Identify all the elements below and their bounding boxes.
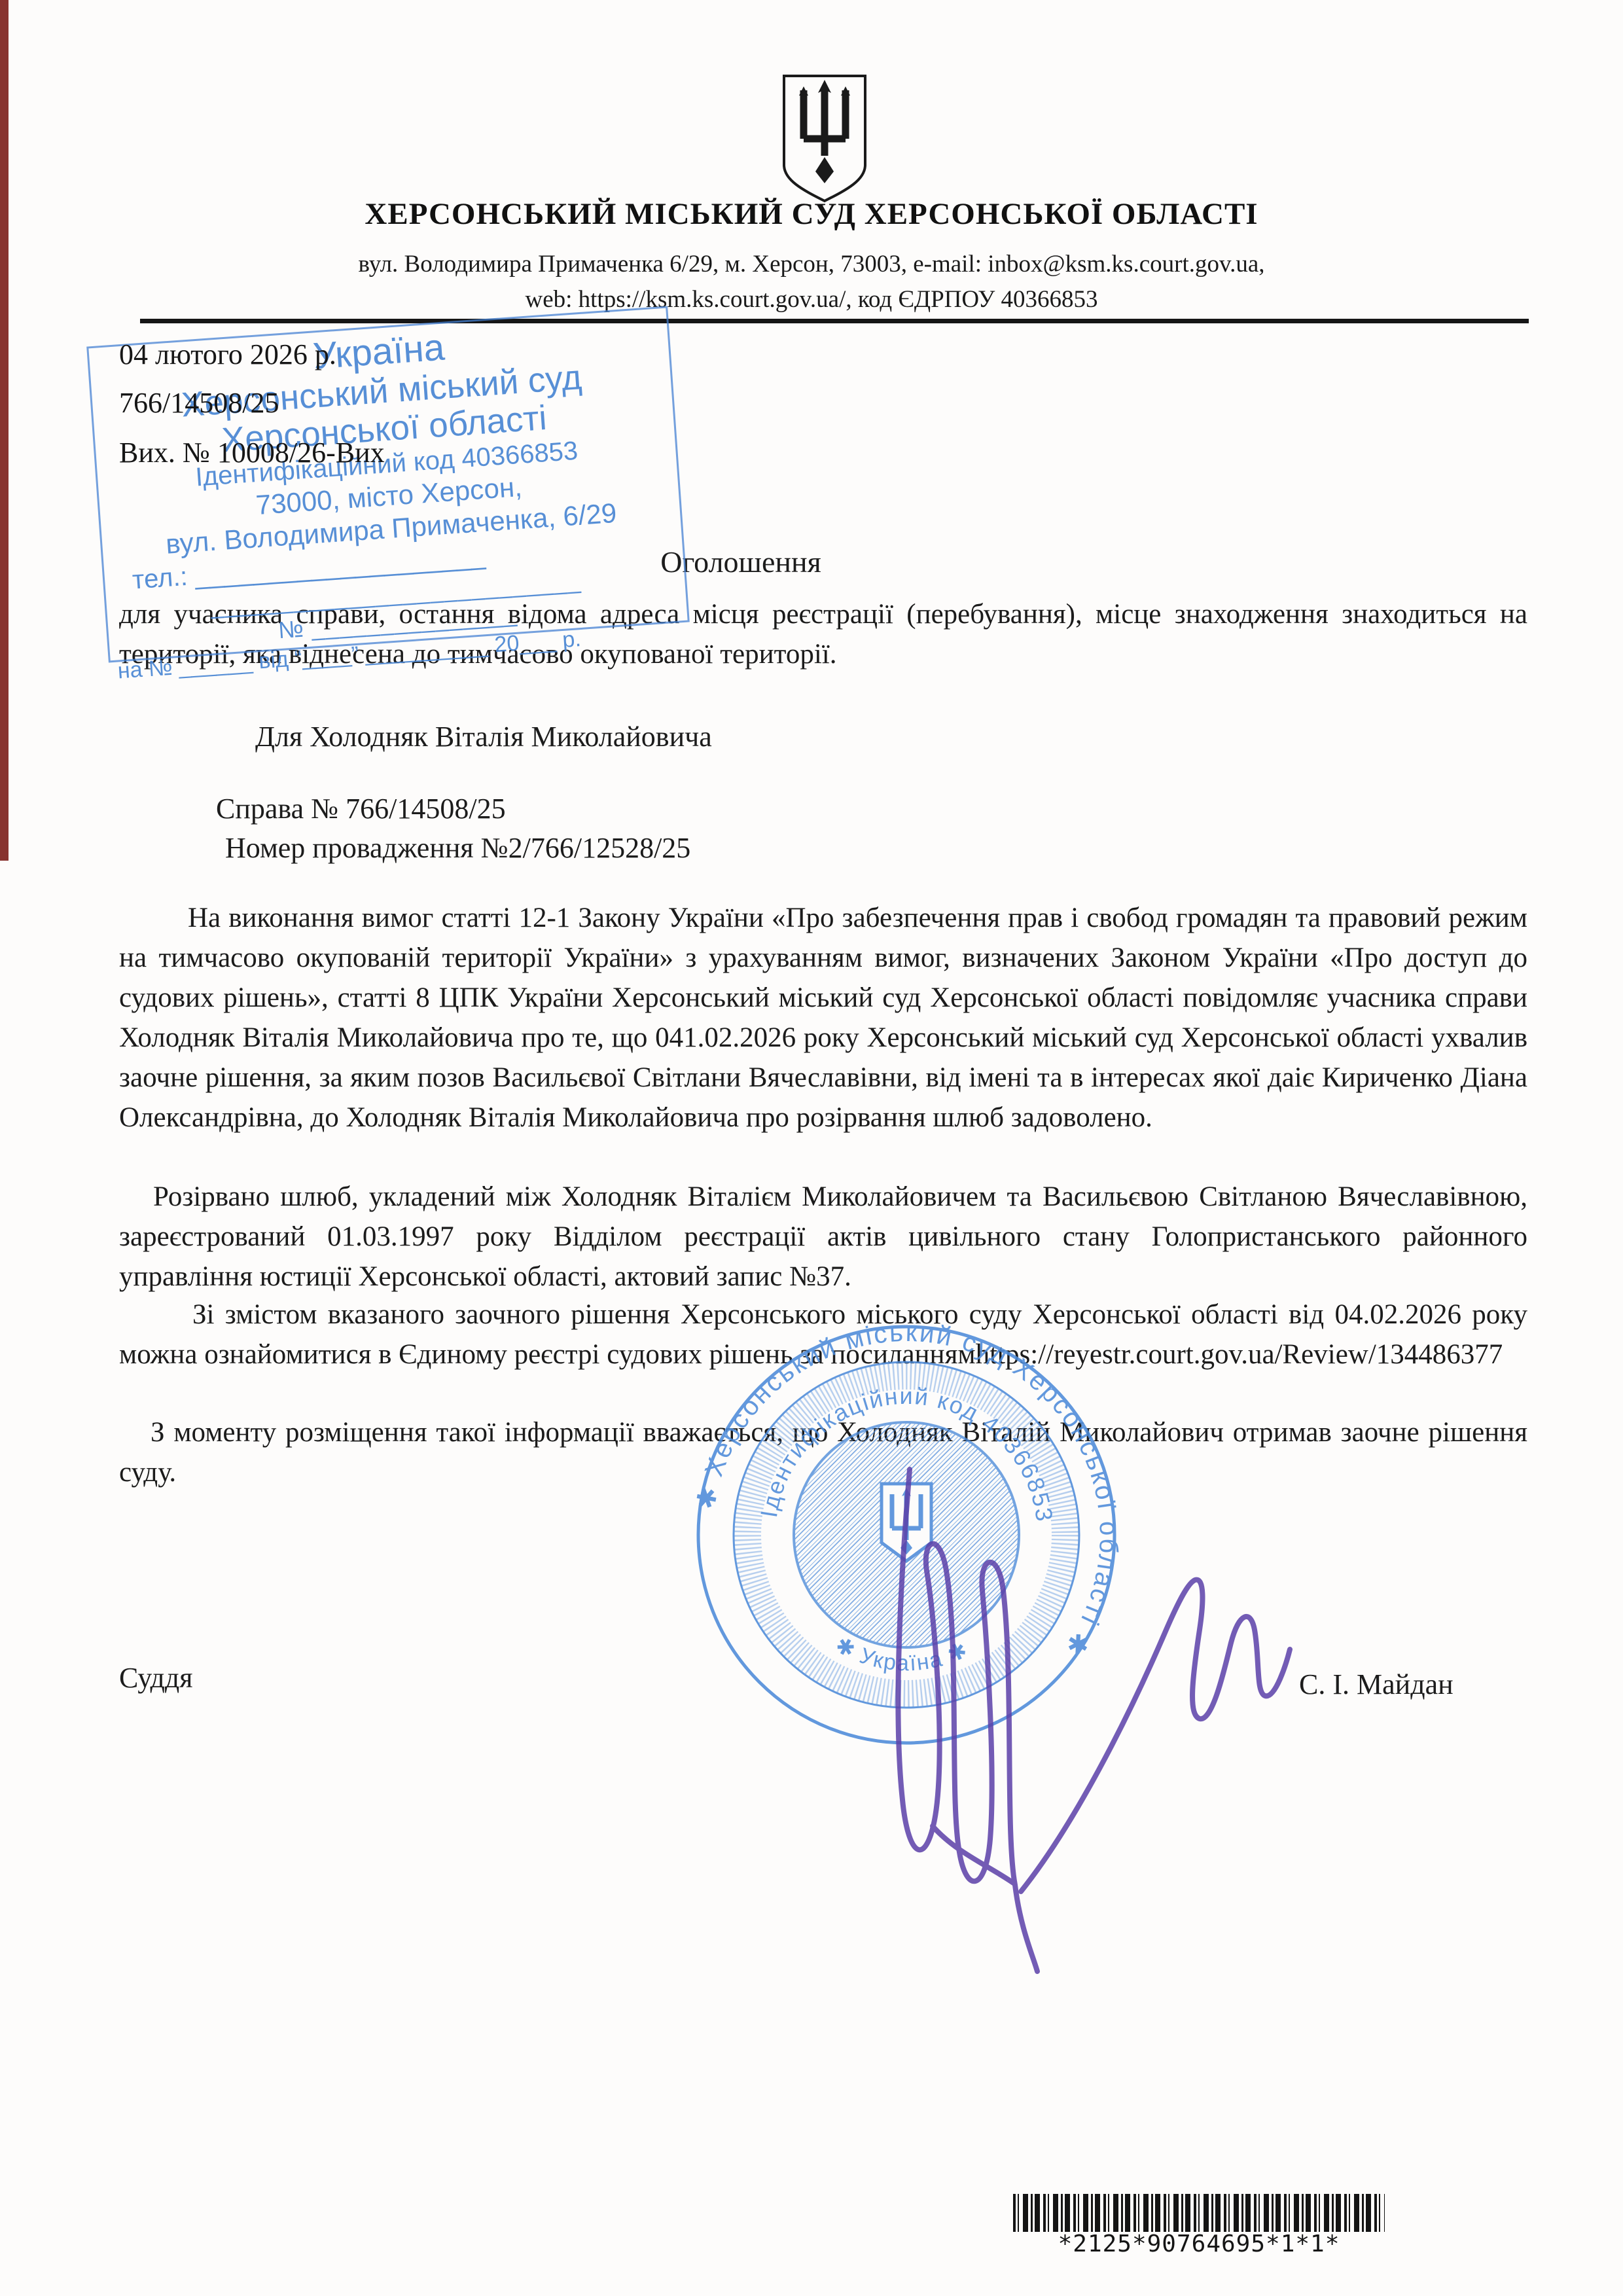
addressee-line: Для Холодняк Віталія Миколайовича (255, 720, 712, 753)
case-number-line: Справа № 766/14508/25 (216, 792, 506, 825)
proceeding-number-line: Номер провадження №2/766/12528/25 (225, 831, 690, 865)
judge-label: Суддя (119, 1661, 193, 1695)
outgoing-out-number: Вих. № 10008/26-Вих (119, 436, 385, 469)
outgoing-case-number: 766/14508/25 (119, 386, 279, 420)
scan-edge-artifact (0, 0, 9, 861)
court-address-line: вул. Володимира Примаченка 6/29, м. Херс… (0, 250, 1623, 278)
ukraine-trident-emblem-icon (781, 73, 868, 204)
judge-signature (707, 1433, 1400, 2009)
document-barcode (1013, 2194, 1385, 2232)
outgoing-date: 04 лютого 2026 р. (119, 338, 336, 371)
scanned-court-document: ХЕРСОНСЬКИЙ МІСЬКИЙ СУД ХЕРСОНСЬКОЇ ОБЛА… (0, 0, 1623, 2296)
main-paragraph: На виконання вимог статті 12-1 Закону Ук… (119, 898, 1527, 1138)
court-title: ХЕРСОНСЬКИЙ МІСЬКИЙ СУД ХЕРСОНСЬКОЇ ОБЛА… (0, 196, 1623, 232)
divorce-paragraph: Розірвано шлюб, укладений між Холодняк В… (119, 1177, 1527, 1297)
barcode-text: *2125*90764695*1*1* (1013, 2231, 1385, 2257)
judge-name: С. І. Майдан (1299, 1668, 1454, 1701)
court-web-line: web: https://ksm.ks.court.gov.ua/, код Є… (0, 285, 1623, 314)
header-divider (140, 319, 1529, 323)
